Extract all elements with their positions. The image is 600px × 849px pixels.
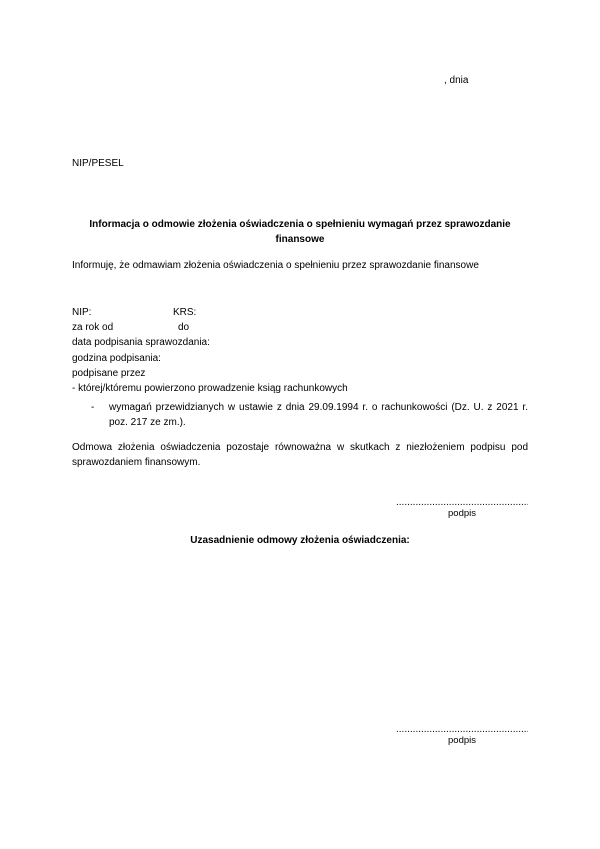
- nip-pesel-label: NIP/PESEL: [72, 156, 124, 171]
- signature-dotted-line-2: ........................................…: [396, 722, 528, 734]
- bullet-text-line2: poz. 217 ze zm.).: [109, 415, 528, 430]
- bullet-text-line1: wymagań przewidzianych w ustawie z dnia …: [109, 400, 528, 415]
- year-to-label: do: [178, 320, 189, 335]
- document-page: , dnia NIP/PESEL Informacja o odmowie zł…: [0, 0, 600, 849]
- refusal-line2: sprawozdaniem finansowym.: [72, 455, 528, 470]
- legal-reference-bullet: - wymagań przewidzianych w ustawie z dni…: [91, 400, 528, 430]
- bullet-text: wymagań przewidzianych w ustawie z dnia …: [109, 400, 528, 430]
- signing-time-label: godzina podpisania:: [72, 351, 528, 366]
- signature-label-1: podpis: [396, 508, 528, 519]
- refusal-paragraph: Odmowa złożenia oświadczenia pozostaje r…: [72, 440, 528, 470]
- bullet-marker: -: [91, 400, 94, 415]
- details-block: NIP: KRS: za rok od do data podpisania s…: [72, 305, 528, 396]
- date-line: , dnia: [444, 73, 468, 88]
- signature-label-2: podpis: [396, 735, 528, 746]
- refusal-line1: Odmowa złożenia oświadczenia pozostaje r…: [72, 440, 528, 455]
- signature-block-2: ........................................…: [396, 722, 528, 746]
- nip-label: NIP:: [72, 307, 91, 318]
- signed-by-label: podpisane przez: [72, 366, 528, 381]
- document-title-line1: Informacja o odmowie złożenia oświadczen…: [72, 217, 528, 232]
- nip-krs-row: NIP: KRS:: [72, 305, 528, 320]
- krs-label: KRS:: [173, 305, 196, 320]
- signing-date-label: data podpisania sprawozdania:: [72, 335, 528, 350]
- year-from-label: za rok od: [72, 322, 113, 333]
- signature-dotted-line-1: ........................................…: [396, 495, 528, 507]
- signature-block-1: ........................................…: [396, 495, 528, 519]
- bookkeeping-line: - której/któremu powierzono prowadzenie …: [72, 381, 528, 396]
- document-title-line2: finansowe: [72, 232, 528, 247]
- year-range-row: za rok od do: [72, 320, 528, 335]
- justification-heading: Uzasadnienie odmowy złożenia oświadczeni…: [72, 533, 528, 548]
- document-title: Informacja o odmowie złożenia oświadczen…: [72, 217, 528, 247]
- intro-paragraph: Informuję, że odmawiam złożenia oświadcz…: [72, 258, 479, 273]
